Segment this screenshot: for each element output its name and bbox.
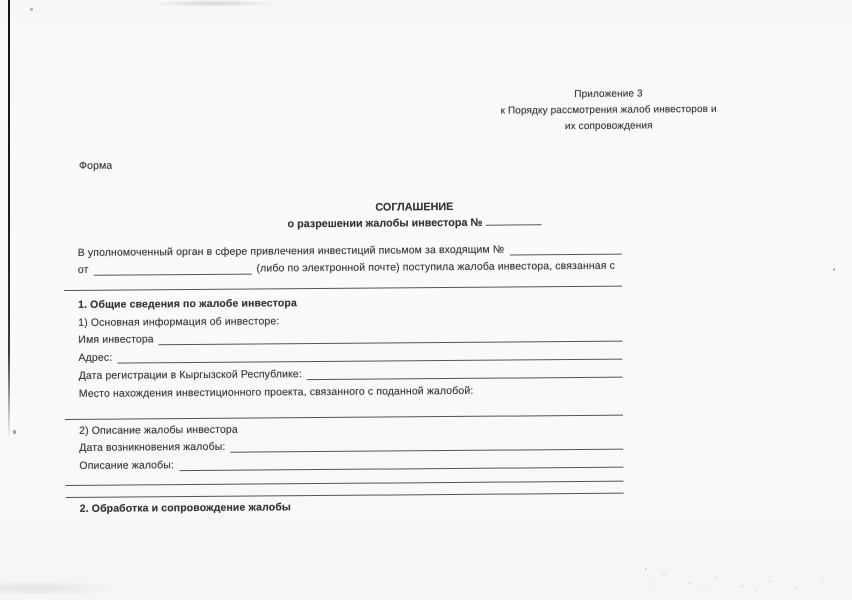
subheading-complaint-text: 2) Описание жалобы инвестора xyxy=(79,424,238,438)
label-complaint-date: Дата возникновения жалобы: xyxy=(79,441,225,455)
blank-registration-date xyxy=(307,375,623,380)
label-address: Адрес: xyxy=(78,352,112,365)
subheading-complaint: 2) Описание жалобы инвестора xyxy=(79,420,623,438)
annex-header: Приложение 3 к Порядку рассмотрения жало… xyxy=(453,86,763,136)
annex-line-3: их сопровождения xyxy=(454,118,764,136)
label-complaint-description: Описание жалобы: xyxy=(79,459,174,473)
subheading-investor-info-text: 1) Основная информация об инвесторе: xyxy=(78,315,279,330)
section-2-heading-text: 2. Обработка и сопровождение жалобы xyxy=(80,501,291,516)
section-2-heading: 2. Обработка и сопровождение жалобы xyxy=(80,498,624,516)
intro-line-2-suffix: (либо по электронной почте) поступила жа… xyxy=(256,260,615,276)
field-complaint-date: Дата возникновения жалобы: xyxy=(79,437,623,455)
field-complaint-description: Описание жалобы: xyxy=(79,455,623,473)
scanned-document-page: Приложение 3 к Порядку рассмотрения жало… xyxy=(0,0,852,600)
intro-line-2: от (либо по электронной почте) поступила… xyxy=(78,259,622,277)
field-address: Адрес: xyxy=(78,347,622,365)
field-registration-date: Дата регистрации в Кыргызской Республике… xyxy=(79,365,623,383)
intro-line-2-prefix: от xyxy=(78,264,89,277)
section-1-heading-text: 1. Общие сведения по жалобе инвестора xyxy=(78,297,297,312)
label-project-location: Место нахождения инвестиционного проекта… xyxy=(79,385,474,401)
field-investor-name: Имя инвестора xyxy=(78,329,622,347)
blank-address xyxy=(117,357,622,364)
form-label: Форма xyxy=(79,160,112,172)
label-registration-date: Дата регистрации в Кыргызской Республике… xyxy=(79,368,302,383)
document-content: Приложение 3 к Порядку рассмотрения жало… xyxy=(0,0,852,600)
blank-investor-name xyxy=(159,339,623,346)
title-sub-text: о разрешении жалобы инвестора № xyxy=(287,217,482,231)
section-1-heading: 1. Общие сведения по жалобе инвестора xyxy=(78,294,622,312)
blank-complaint-number xyxy=(485,214,541,225)
field-project-location: Место нахождения инвестиционного проекта… xyxy=(79,383,623,401)
blank-line-complaint-description-2 xyxy=(66,481,624,486)
intro-line-1-text: В уполномоченный орган в сфере привлечен… xyxy=(78,244,505,260)
subheading-investor-info: 1) Основная информация об инвесторе: xyxy=(78,312,622,330)
blank-line-project-location xyxy=(65,415,623,420)
label-investor-name: Имя инвестора xyxy=(78,333,153,347)
blank-complaint-description xyxy=(179,465,623,471)
blank-line-complaint-subject xyxy=(64,286,622,291)
blank-line-complaint-description-3 xyxy=(66,493,624,498)
blank-incoming-date xyxy=(94,272,252,276)
blank-complaint-date xyxy=(230,447,623,453)
blank-incoming-number xyxy=(509,252,622,256)
title-sub: о разрешении жалобы инвестора № xyxy=(234,214,594,233)
document-title: СОГЛАШЕНИЕ о разрешении жалобы инвестора… xyxy=(234,198,594,233)
intro-line-1: В уполномоченный орган в сфере привлечен… xyxy=(78,242,622,260)
